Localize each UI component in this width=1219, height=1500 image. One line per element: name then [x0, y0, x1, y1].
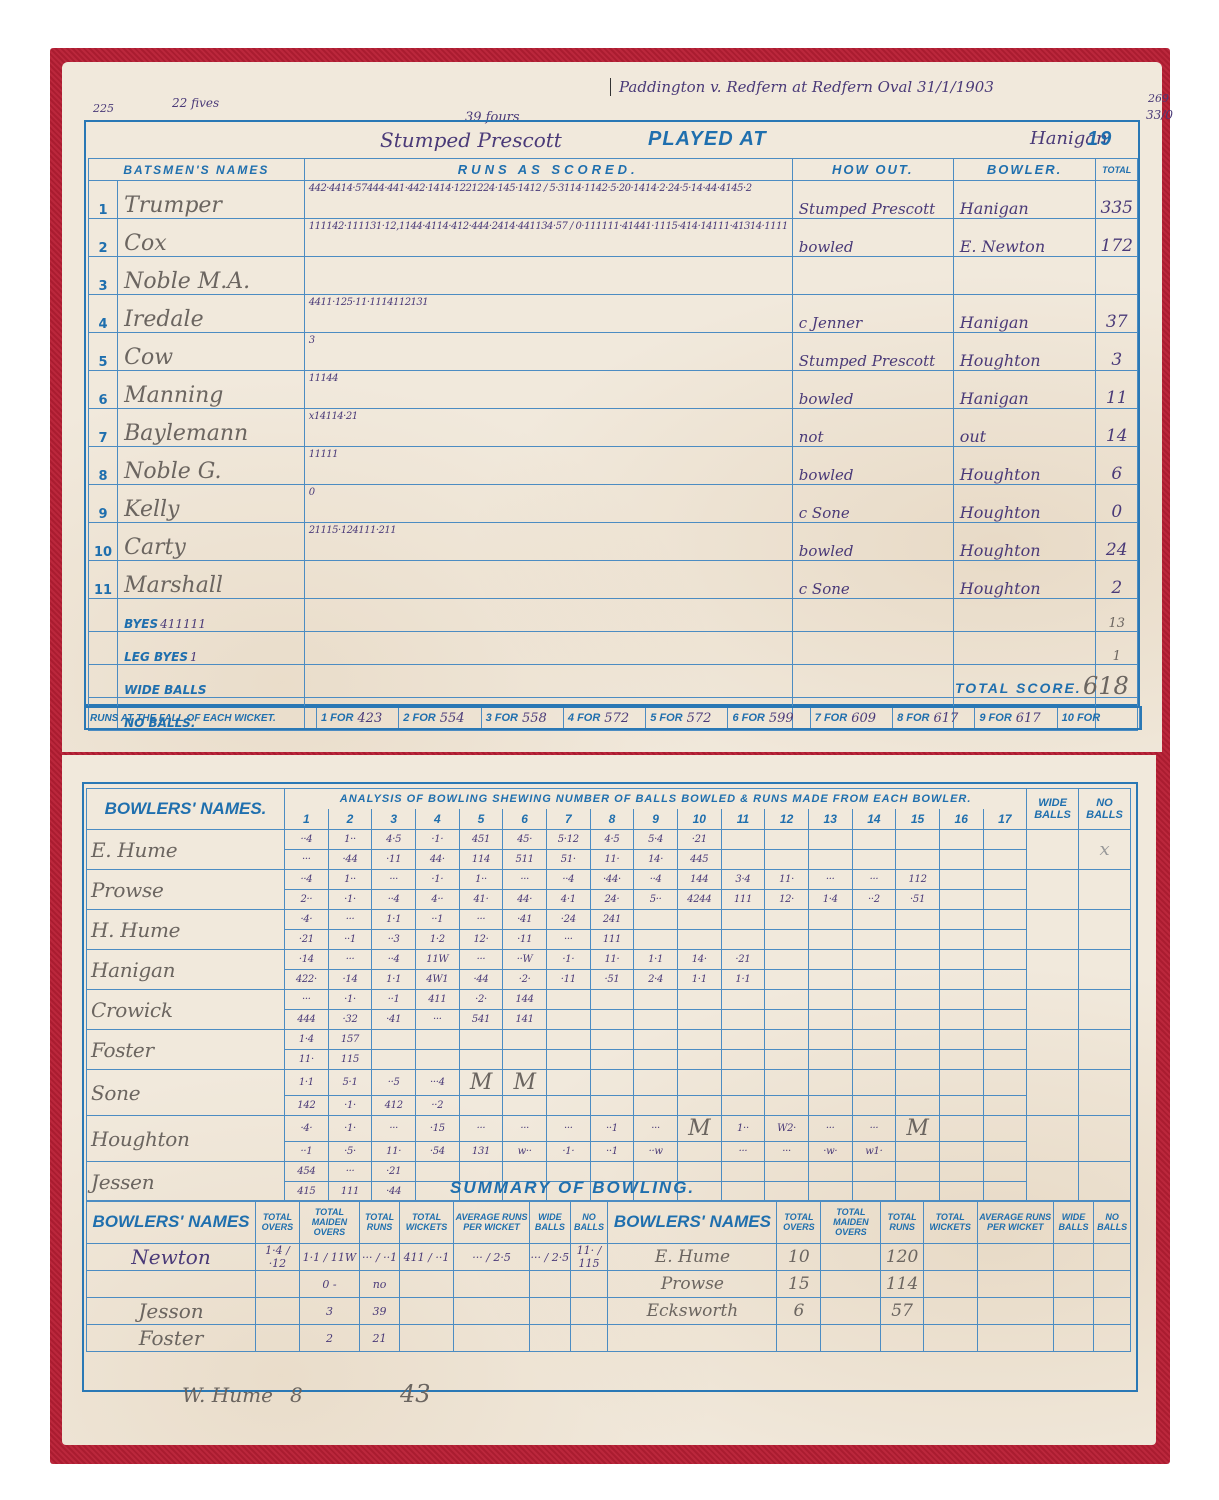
over-cell	[808, 990, 852, 1010]
over-cell: ·5·	[328, 1142, 372, 1162]
batting-row: 7Baylemannx14114·21notout14	[89, 409, 1138, 447]
summary-col-header: TOTAL OVERS	[256, 1201, 300, 1244]
how-out: bowled	[792, 523, 953, 561]
over-cell: ···	[852, 870, 896, 890]
summary-left-maidens: 0 -	[299, 1271, 359, 1298]
over-cell: ·1·	[328, 1116, 372, 1142]
over-cell	[765, 930, 809, 950]
over-cell: 511	[503, 850, 547, 870]
fow-wicket-label: 1 FOR	[321, 712, 353, 724]
over-cell	[983, 970, 1027, 990]
bowler-name: H. Hume	[87, 910, 285, 950]
wide-balls-cell	[1027, 910, 1079, 950]
over-cell	[721, 1162, 765, 1182]
wide-balls-cell	[1027, 990, 1079, 1030]
bowler-row: Sone1·15·1··5···4MM	[87, 1070, 1131, 1096]
over-cell: ·11	[372, 850, 416, 870]
over-cell: ·44	[372, 1182, 416, 1202]
summary-col-header: AVERAGE RUNS PER WICKET	[977, 1201, 1053, 1244]
summary-right-wickets	[923, 1298, 977, 1325]
batsman-total: 0	[1096, 485, 1138, 523]
over-cell	[852, 830, 896, 850]
over-cell	[721, 990, 765, 1010]
over-cell: ···	[852, 1116, 896, 1142]
runs-scored: 3	[304, 333, 792, 371]
summary-right-avg	[977, 1298, 1053, 1325]
over-cell: 415	[285, 1182, 329, 1202]
batting-row: 9Kelly0c SoneHoughton0	[89, 485, 1138, 523]
extras-spacer	[89, 632, 118, 665]
no-balls-cell	[1078, 1162, 1130, 1202]
bowler-name: Foster	[87, 1030, 285, 1070]
over-cell: w··	[503, 1142, 547, 1162]
runs-scored: 21115·124111·211	[304, 523, 792, 561]
fow-wicket: 5 FOR572	[646, 708, 728, 728]
over-number: 10	[677, 809, 721, 830]
over-cell: ·1·	[546, 1142, 590, 1162]
runs-scored: 442·4414·57444·441·442·1414·1221224·145·…	[304, 181, 792, 219]
over-cell: 112	[896, 870, 940, 890]
over-cell: ··1	[372, 990, 416, 1010]
over-cell	[721, 830, 765, 850]
summary-col-header: TOTAL OVERS	[777, 1201, 821, 1244]
extras-tally: 411111	[160, 617, 206, 631]
over-number: 8	[590, 809, 634, 830]
over-cell	[896, 830, 940, 850]
over-cell	[939, 1010, 983, 1030]
over-number: 5	[459, 809, 503, 830]
over-number: 11	[721, 809, 765, 830]
over-cell: ···	[808, 1116, 852, 1142]
summary-right-wickets	[923, 1244, 977, 1271]
over-cell: ·4·	[285, 910, 329, 930]
bowler-name: Hanigan	[87, 950, 285, 990]
fow-wicket-label: 7 FOR	[815, 712, 847, 724]
summary-left-name: Foster	[87, 1325, 256, 1352]
margin-note: 22 fives	[172, 96, 219, 110]
batting-row: 2Cox111142·111131·12,1144·4114·412·444·2…	[89, 219, 1138, 257]
fow-wicket-label: 8 FOR	[897, 712, 929, 724]
batsman-total: 37	[1096, 295, 1138, 333]
over-cell	[983, 990, 1027, 1010]
summary-left-wides: ··· / 2·5	[530, 1244, 570, 1271]
over-cell: 454	[285, 1162, 329, 1182]
summary-right-noballs	[1094, 1298, 1131, 1325]
summary-left-wickets	[400, 1325, 454, 1352]
bowler: Hanigan	[953, 371, 1096, 409]
summary-title: SUMMARY OF BOWLING.	[450, 1178, 695, 1198]
over-number: 4	[416, 809, 460, 830]
over-cell: W2·	[765, 1116, 809, 1142]
how-out: bowled	[792, 447, 953, 485]
over-cell	[852, 1182, 896, 1202]
summary-right-overs: 10	[777, 1244, 821, 1271]
fow-wicket-value: 423	[357, 711, 382, 726]
over-cell: ·14	[285, 950, 329, 970]
fow-wicket: 4 FOR572	[564, 708, 646, 728]
fow-wicket-value: 554	[440, 711, 465, 726]
extras-how	[792, 599, 953, 632]
over-cell: 1·1	[721, 970, 765, 990]
fow-wicket-label: 9 FOR	[979, 712, 1011, 724]
over-cell	[939, 990, 983, 1010]
over-cell: 422·	[285, 970, 329, 990]
over-cell	[634, 1070, 678, 1096]
col-bowler: BOWLER.	[953, 159, 1096, 181]
fow-wicket-value: 617	[1016, 711, 1041, 726]
summary-right-noballs	[1094, 1244, 1131, 1271]
over-cell: 4244	[677, 890, 721, 910]
wide-balls-cell	[1027, 870, 1079, 910]
over-cell: M	[677, 1116, 721, 1142]
over-number: 15	[896, 809, 940, 830]
over-cell: ···	[285, 850, 329, 870]
over-cell	[808, 950, 852, 970]
over-cell: ··4	[634, 870, 678, 890]
margin-note: 33/0	[1146, 108, 1173, 122]
over-cell: ·11	[546, 970, 590, 990]
summary-left-runs: 21	[360, 1325, 400, 1352]
summary-left-avg	[453, 1271, 529, 1298]
over-number: 7	[546, 809, 590, 830]
over-cell	[721, 930, 765, 950]
over-cell: ···	[459, 910, 503, 930]
over-cell	[634, 1096, 678, 1116]
extras-label-text: WIDE BALLS	[124, 683, 206, 697]
fow-wicket-value: 572	[687, 711, 712, 726]
no-balls-cell	[1078, 990, 1130, 1030]
over-cell	[459, 1030, 503, 1050]
over-cell	[852, 910, 896, 930]
how-out: c Sone	[792, 561, 953, 599]
over-cell: ···	[546, 930, 590, 950]
over-cell: ·11	[503, 930, 547, 950]
over-cell	[939, 850, 983, 870]
summary-col-header: AVERAGE RUNS PER WICKET	[453, 1201, 529, 1244]
over-cell: 541	[459, 1010, 503, 1030]
over-cell	[939, 1030, 983, 1050]
summary-right-avg	[977, 1244, 1053, 1271]
over-cell	[852, 1050, 896, 1070]
batsman-name: Kelly	[118, 485, 305, 523]
over-cell: 11·	[372, 1142, 416, 1162]
over-cell: 111	[721, 890, 765, 910]
summary-left-noballs	[570, 1271, 608, 1298]
extras-bowler	[953, 599, 1096, 632]
batsman-number: 4	[89, 295, 118, 333]
summary-right-avg	[977, 1271, 1053, 1298]
bowler: Houghton	[953, 485, 1096, 523]
how-out: not	[792, 409, 953, 447]
over-cell: 1·4	[808, 890, 852, 910]
over-cell: ···	[372, 870, 416, 890]
over-cell: 2·4	[634, 970, 678, 990]
over-cell	[634, 1010, 678, 1030]
over-cell: ··4	[372, 950, 416, 970]
fow-wicket: 1 FOR423	[317, 708, 399, 728]
extras-spacer	[89, 665, 118, 698]
over-cell: ·15	[416, 1116, 460, 1142]
over-cell	[983, 1070, 1027, 1096]
batting-row: 4Iredale4411·125·11·1114112131c JennerHa…	[89, 295, 1138, 333]
extras-label: LEG BYES1	[118, 632, 305, 665]
summary-right-maidens	[821, 1298, 881, 1325]
over-cell: ·1·	[328, 1096, 372, 1116]
batsman-name: Baylemann	[118, 409, 305, 447]
summary-col-header: WIDE BALLS	[1053, 1201, 1093, 1244]
over-cell: 114	[459, 850, 503, 870]
summary-left-maidens: 3	[299, 1298, 359, 1325]
batsman-total: 11	[1096, 371, 1138, 409]
batsman-total: 14	[1096, 409, 1138, 447]
summary-right-overs: 15	[777, 1271, 821, 1298]
no-balls-cell	[1078, 1070, 1130, 1116]
bowler-row: Foster1·4157	[87, 1030, 1131, 1050]
summary-right-overs: 6	[777, 1298, 821, 1325]
no-balls-cell: x	[1078, 830, 1130, 870]
over-cell	[983, 850, 1027, 870]
over-cell: 411	[416, 990, 460, 1010]
over-cell	[590, 1096, 634, 1116]
over-cell: 4·5	[590, 830, 634, 850]
over-cell	[503, 1096, 547, 1116]
over-cell	[939, 1096, 983, 1116]
how-out: bowled	[792, 371, 953, 409]
over-number: 2	[328, 809, 372, 830]
over-cell: ··1	[590, 1116, 634, 1142]
over-cell	[983, 830, 1027, 850]
over-cell	[590, 1050, 634, 1070]
over-cell: ·1·	[416, 830, 460, 850]
over-cell	[372, 1050, 416, 1070]
runs-scored: x14114·21	[304, 409, 792, 447]
over-cell: 11·	[765, 870, 809, 890]
summary-right-wides	[1053, 1325, 1093, 1352]
wide-balls-cell	[1027, 830, 1079, 870]
batsman-name: Carty	[118, 523, 305, 561]
summary-right-runs: 57	[881, 1298, 923, 1325]
over-cell: 3·4	[721, 870, 765, 890]
over-cell	[939, 1162, 983, 1182]
over-cell	[896, 990, 940, 1010]
fow-wicket-label: 5 FOR	[650, 712, 682, 724]
over-cell: 131	[459, 1142, 503, 1162]
batsman-number: 10	[89, 523, 118, 561]
summary-col-header: WIDE BALLS	[530, 1201, 570, 1244]
how-out	[792, 257, 953, 295]
over-cell	[939, 1182, 983, 1202]
summary-right-wides	[1053, 1244, 1093, 1271]
summary-right-wickets	[923, 1325, 977, 1352]
over-cell: ·21	[285, 930, 329, 950]
over-cell	[808, 1182, 852, 1202]
over-cell: 144	[677, 870, 721, 890]
extras-label-text: BYES	[124, 617, 158, 631]
over-cell	[808, 1010, 852, 1030]
how-out: bowled	[792, 219, 953, 257]
over-cell	[765, 910, 809, 930]
bowler: out	[953, 409, 1096, 447]
batsman-name: Noble G.	[118, 447, 305, 485]
over-cell: 12·	[459, 930, 503, 950]
over-cell	[721, 1010, 765, 1030]
over-cell: w1·	[852, 1142, 896, 1162]
over-cell	[939, 870, 983, 890]
over-cell: 45·	[503, 830, 547, 850]
how-out: c Sone	[792, 485, 953, 523]
over-cell	[983, 1142, 1027, 1162]
over-cell: ···	[328, 950, 372, 970]
over-cell	[852, 970, 896, 990]
batsman-number: 8	[89, 447, 118, 485]
over-cell: ·4·	[285, 1116, 329, 1142]
over-cell	[852, 930, 896, 950]
over-cell	[939, 1050, 983, 1070]
over-cell	[852, 990, 896, 1010]
summary-col-header: TOTAL RUNS	[881, 1201, 923, 1244]
over-cell	[852, 1010, 896, 1030]
over-cell	[896, 850, 940, 870]
summary-note-runs: 43	[400, 1380, 431, 1408]
over-cell: ·w·	[808, 1142, 852, 1162]
summary-row: Foster221	[87, 1325, 1131, 1352]
col-total: TOTAL	[1096, 159, 1138, 181]
over-cell	[939, 970, 983, 990]
over-cell: ·54	[416, 1142, 460, 1162]
over-cell	[896, 950, 940, 970]
over-cell	[765, 830, 809, 850]
over-cell	[677, 1050, 721, 1070]
over-cell: ···	[721, 1142, 765, 1162]
bowler-name: Jessen	[87, 1162, 285, 1202]
over-cell: ·32	[328, 1010, 372, 1030]
over-number: 13	[808, 809, 852, 830]
over-cell: ···	[808, 870, 852, 890]
summary-right-maidens	[821, 1325, 881, 1352]
over-cell	[634, 910, 678, 930]
summary-right-name: E. Hume	[608, 1244, 777, 1271]
summary-left-wides	[530, 1271, 570, 1298]
over-cell: 445	[677, 850, 721, 870]
summary-left-noballs: 11· / 115	[570, 1244, 608, 1271]
over-cell	[765, 1096, 809, 1116]
over-cell: 115	[328, 1050, 372, 1070]
over-cell: 24·	[590, 890, 634, 910]
over-cell: ·14	[328, 970, 372, 990]
over-cell	[765, 1030, 809, 1050]
over-cell: ···4	[416, 1070, 460, 1096]
over-cell	[634, 1030, 678, 1050]
fow-wicket-label: 3 FOR	[486, 712, 518, 724]
over-cell	[808, 850, 852, 870]
over-cell: 444	[285, 1010, 329, 1030]
total-score-value: 618	[1083, 672, 1129, 700]
summary-right-runs: 120	[881, 1244, 923, 1271]
over-cell: ··w	[634, 1142, 678, 1162]
summary-right-wides	[1053, 1271, 1093, 1298]
col-runs: RUNS AS SCORED.	[304, 159, 792, 181]
over-cell	[896, 1182, 940, 1202]
over-cell: ···	[328, 910, 372, 930]
summary-left-noballs	[570, 1298, 608, 1325]
fow-label: RUNS AT THE FALL OF EACH WICKET.	[86, 708, 317, 728]
how-out: c Jenner	[792, 295, 953, 333]
over-cell	[808, 910, 852, 930]
over-cell	[634, 930, 678, 950]
summary-right-avg	[977, 1325, 1053, 1352]
fall-of-wickets: RUNS AT THE FALL OF EACH WICKET. 1 FOR42…	[84, 706, 1142, 730]
batsman-total: 24	[1096, 523, 1138, 561]
over-cell: 11·	[590, 950, 634, 970]
over-cell: ··3	[372, 930, 416, 950]
over-cell: M	[503, 1070, 547, 1096]
over-cell: 41·	[459, 890, 503, 910]
fow-wicket: 9 FOR617	[975, 708, 1057, 728]
over-cell: 5·12	[546, 830, 590, 850]
over-cell: ··1	[285, 1142, 329, 1162]
summary-row: 0 -noProwse15114	[87, 1271, 1131, 1298]
extras-label-text: LEG BYES	[124, 650, 188, 664]
summary-right-name: Prowse	[608, 1271, 777, 1298]
over-cell: ·1·	[416, 870, 460, 890]
over-cell: 142	[285, 1096, 329, 1116]
over-cell	[983, 1010, 1027, 1030]
fow-wicket: 8 FOR617	[893, 708, 975, 728]
over-cell	[765, 850, 809, 870]
col-how-out: HOW OUT.	[792, 159, 953, 181]
over-cell	[896, 1010, 940, 1030]
summary-note-overs: 8	[290, 1383, 303, 1407]
over-cell	[765, 970, 809, 990]
over-cell: ·44	[459, 970, 503, 990]
summary-right-wickets	[923, 1271, 977, 1298]
summary-right-name	[608, 1325, 777, 1352]
over-cell	[808, 1162, 852, 1182]
summary-right-maidens	[821, 1244, 881, 1271]
over-cell	[983, 930, 1027, 950]
over-cell: 11·	[590, 850, 634, 870]
summary-left-maidens: 1·1 / 11W	[299, 1244, 359, 1271]
over-cell: 4··	[416, 890, 460, 910]
summary-right-noballs	[1094, 1271, 1131, 1298]
over-cell	[983, 870, 1027, 890]
over-cell	[634, 1050, 678, 1070]
no-balls-cell	[1078, 1030, 1130, 1070]
over-cell	[852, 1096, 896, 1116]
batsman-total: 335	[1096, 181, 1138, 219]
over-cell: ··4	[285, 830, 329, 850]
over-cell	[852, 1030, 896, 1050]
bowler	[953, 257, 1096, 295]
over-cell: ···	[459, 1116, 503, 1142]
over-cell: 14·	[677, 950, 721, 970]
summary-right-maidens	[821, 1271, 881, 1298]
over-cell	[808, 1030, 852, 1050]
over-cell: 12·	[765, 890, 809, 910]
over-cell	[808, 1096, 852, 1116]
over-cell: 51·	[546, 850, 590, 870]
extras-how	[792, 632, 953, 665]
col-bowlers-names: BOWLERS' NAMES.	[87, 789, 285, 830]
over-cell	[416, 1030, 460, 1050]
over-cell	[503, 1050, 547, 1070]
summary-left-avg	[453, 1298, 529, 1325]
extras-row: LEG BYES11	[89, 632, 1138, 665]
summary-left-avg: ··· / 2·5	[453, 1244, 529, 1271]
fow-wicket-label: 6 FOR	[732, 712, 764, 724]
summary-left-overs	[256, 1298, 300, 1325]
summary-left-overs: 1·4 / ·12	[256, 1244, 300, 1271]
